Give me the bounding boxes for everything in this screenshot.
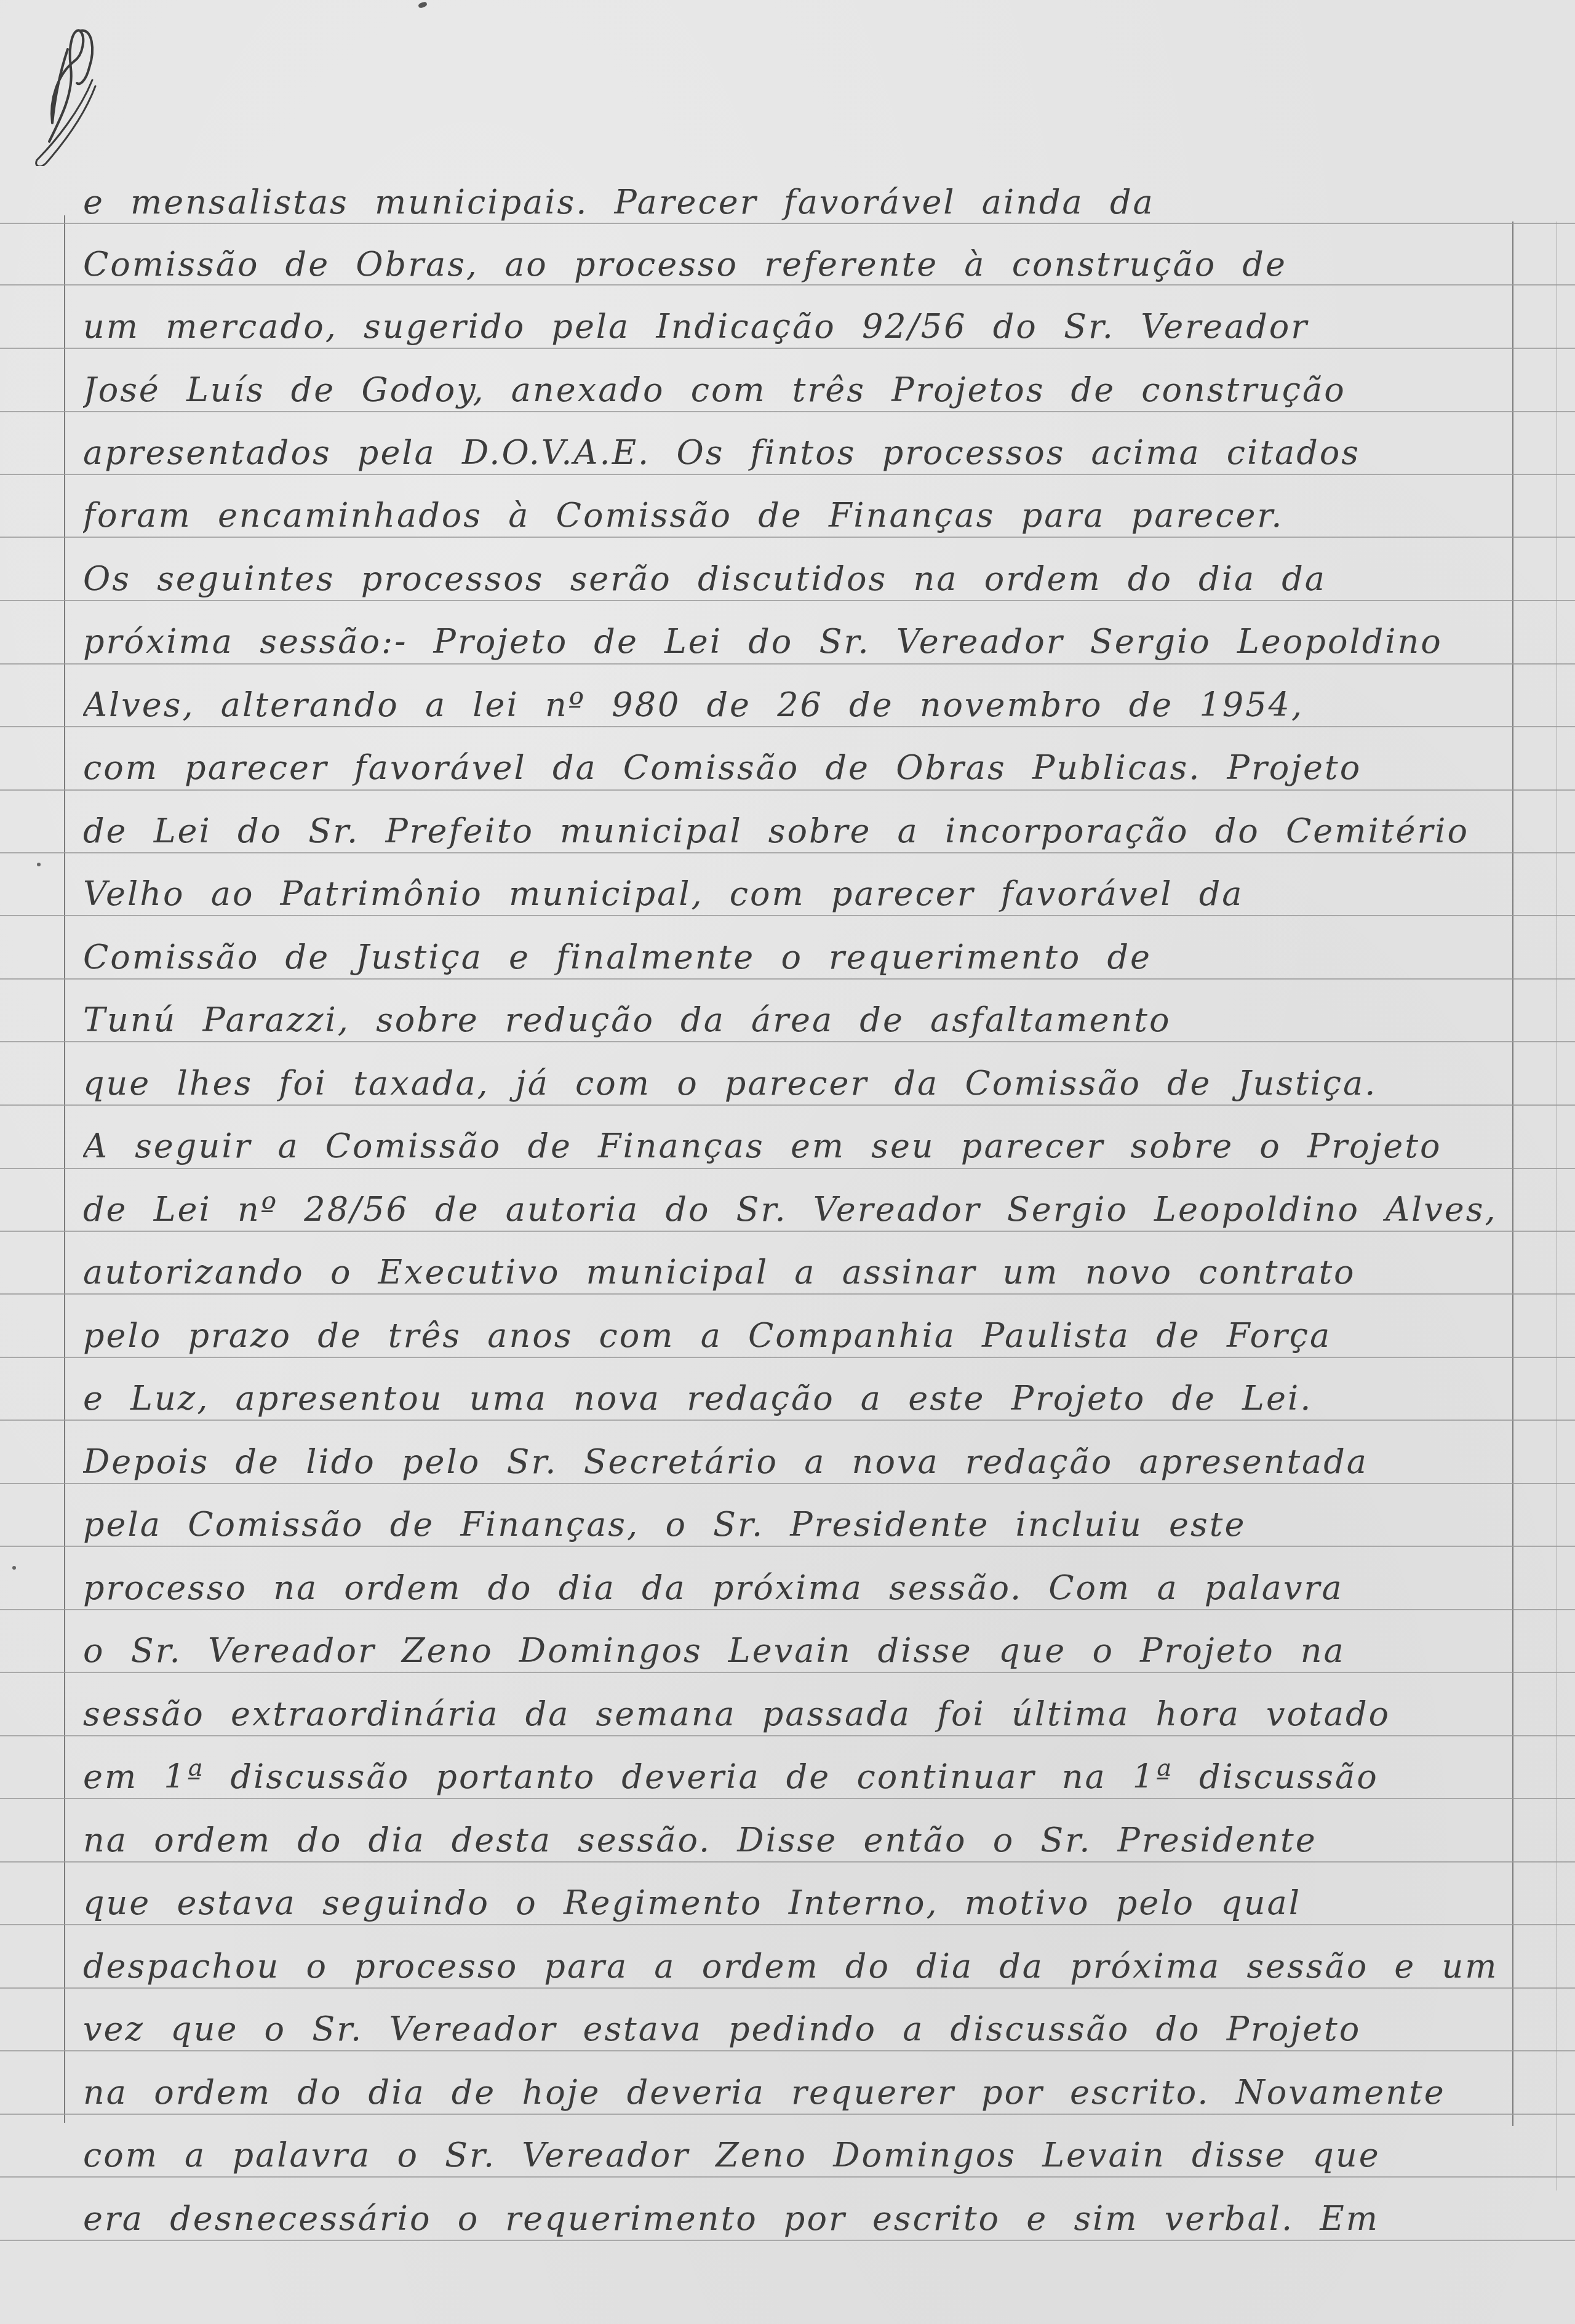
document-page: Sfl. e mensalistas municipais. Parecer f… xyxy=(0,0,1575,2324)
text-line-16: A seguir a Comissão de Finanças em seu p… xyxy=(83,1124,1498,1169)
text-line-25: sessão extraordinária da semana passada … xyxy=(83,1691,1498,1737)
text-line-26: em 1ª discussão portanto deveria de cont… xyxy=(83,1754,1498,1800)
right-margin-line xyxy=(1512,222,1513,2126)
text-line-19: pelo prazo de três anos com a Companhia … xyxy=(83,1313,1498,1359)
text-line-15: que lhes foi taxada, já com o parecer da… xyxy=(83,1061,1498,1106)
text-line-5: apresentados pela D.O.V.A.E. Os fintos p… xyxy=(83,430,1498,476)
text-line-27: na ordem do dia desta sessão. Disse entã… xyxy=(83,1818,1498,1863)
text-line-22: pela Comissão de Finanças, o Sr. Preside… xyxy=(83,1502,1498,1547)
text-line-1: e mensalistas municipais. Parecer favorá… xyxy=(83,180,1498,225)
text-line-30: vez que o Sr. Vereador estava pedindo a … xyxy=(83,2007,1498,2052)
text-line-3: um mercado, sugerido pela Indicação 92/5… xyxy=(83,304,1498,349)
text-line-20: e Luz, apresentou uma nova redação a est… xyxy=(83,1376,1498,1421)
text-line-10: com parecer favorável da Comissão de Obr… xyxy=(83,745,1498,791)
page-edge-line xyxy=(1557,222,1557,2190)
text-line-21: Depois de lido pelo Sr. Secretário a nov… xyxy=(83,1439,1498,1485)
text-line-29: despachou o processo para a ordem do dia… xyxy=(83,1944,1498,1989)
text-line-33: era desnecessário o requerimento por esc… xyxy=(83,2196,1498,2242)
text-line-6: foram encaminhados à Comissão de Finança… xyxy=(83,493,1498,538)
text-line-7: Os seguintes processos serão discutidos … xyxy=(83,556,1498,602)
ink-blot xyxy=(418,1,428,9)
text-line-32: com a palavra o Sr. Vereador Zeno Doming… xyxy=(83,2133,1498,2178)
text-line-23: processo na ordem do dia da próxima sess… xyxy=(83,1565,1498,1611)
text-line-31: na ordem do dia de hoje deveria requerer… xyxy=(83,2070,1498,2115)
text-line-24: o Sr. Vereador Zeno Domingos Levain diss… xyxy=(83,1628,1498,1674)
text-line-28: que estava seguindo o Regimento Interno,… xyxy=(83,1880,1498,1926)
left-margin-line xyxy=(64,215,65,2123)
text-line-9: Alves, alterando a lei nº 980 de 26 de n… xyxy=(83,682,1498,728)
ink-dot xyxy=(37,863,41,866)
text-line-4: José Luís de Godoy, anexado com três Pro… xyxy=(83,367,1498,413)
signature-initials: Sfl. xyxy=(25,12,111,166)
text-line-13: Comissão de Justiça e finalmente o reque… xyxy=(83,935,1498,980)
text-line-12: Velho ao Patrimônio municipal, com parec… xyxy=(83,871,1498,917)
text-line-18: autorizando o Executivo municipal a assi… xyxy=(83,1250,1498,1295)
text-line-8: próxima sessão:- Projeto de Lei do Sr. V… xyxy=(83,619,1498,665)
text-line-14: Tunú Parazzi, sobre redução da área de a… xyxy=(83,997,1498,1043)
ink-dot xyxy=(12,1566,16,1570)
text-line-17: de Lei nº 28/56 de autoria do Sr. Veread… xyxy=(83,1187,1498,1232)
text-line-11: de Lei do Sr. Prefeito municipal sobre a… xyxy=(83,809,1498,854)
text-line-2: Comissão de Obras, ao processo referente… xyxy=(83,242,1498,287)
